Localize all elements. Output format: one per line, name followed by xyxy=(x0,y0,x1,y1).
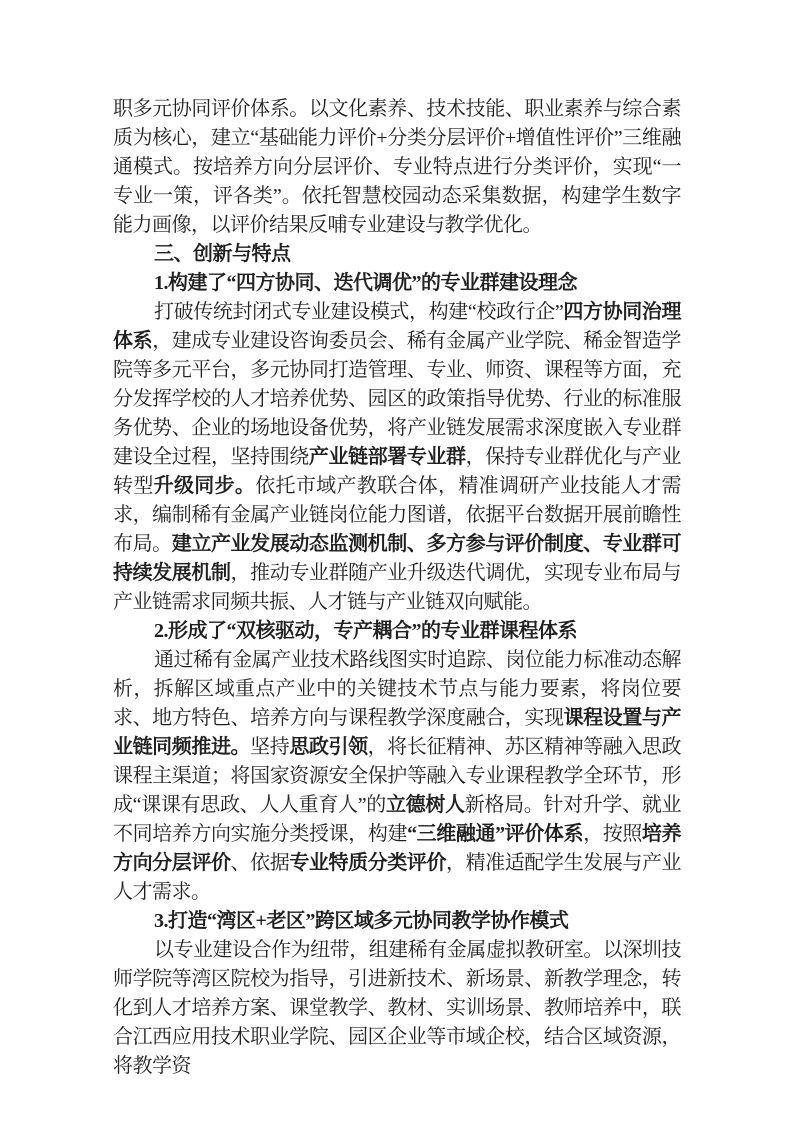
bold-text-run: 3.打造“湾区+老区”跨区域多元协同教学协作模式 xyxy=(154,910,568,932)
bold-text-run: 专业特质分类评价 xyxy=(289,852,446,874)
section-heading: 3.打造“湾区+老区”跨区域多元协同教学协作模式 xyxy=(113,907,681,936)
text-run: 打破传统封闭式专业建设模式，构建“校政行企” xyxy=(154,301,563,323)
section-heading: 三、创新与特点 xyxy=(113,240,681,269)
bold-text-run: 1.构建了“四方协同、迭代调优”的专业群建设理念 xyxy=(154,272,577,294)
text-run: 以专业建设合作为纽带，组建稀有金属虚拟教研室。以深圳技师学院等湾区院校为指导，引… xyxy=(113,939,681,1077)
text-run: 坚持 xyxy=(250,736,289,758)
text-run: 、依据 xyxy=(231,852,290,874)
document-page: 职多元协同评价体系。以文化素养、技术技能、职业素养与综合素质为核心，建立“基础能… xyxy=(0,0,794,1123)
bold-text-run: 2.形成了“双核驱动，专产耦合”的专业群课程体系 xyxy=(154,620,577,642)
paragraph: 职多元协同评价体系。以文化素养、技术技能、职业素养与综合素质为核心，建立“基础能… xyxy=(113,95,681,240)
bold-text-run: 三、创新与特点 xyxy=(154,243,291,265)
bold-text-run: 思政引领 xyxy=(289,736,367,758)
paragraph: 打破传统封闭式专业建设模式，构建“校政行企”四方协同治理体系，建成专业建设咨询委… xyxy=(113,298,681,617)
document-body: 职多元协同评价体系。以文化素养、技术技能、职业素养与综合素质为核心，建立“基础能… xyxy=(113,95,681,1081)
text-run: ，按照 xyxy=(583,823,642,845)
paragraph: 以专业建设合作为纽带，组建稀有金属虚拟教研室。以深圳技师学院等湾区院校为指导，引… xyxy=(113,936,681,1081)
bold-text-run: “三维融通”评价体系 xyxy=(407,823,583,845)
bold-text-run: 产业链部署专业群 xyxy=(309,446,466,468)
text-run: 职多元协同评价体系。以文化素养、技术技能、职业素养与综合素质为核心，建立“基础能… xyxy=(113,98,681,236)
bold-text-run: 升级同步。 xyxy=(154,475,256,497)
bold-text-run: 立德树人 xyxy=(386,794,465,816)
section-heading: 2.形成了“双核驱动，专产耦合”的专业群课程体系 xyxy=(113,617,681,646)
section-heading: 1.构建了“四方协同、迭代调优”的专业群建设理念 xyxy=(113,269,681,298)
paragraph: 通过稀有金属产业技术路线图实时追踪、岗位能力标准动态解析，拆解区域重点产业中的关… xyxy=(113,646,681,907)
